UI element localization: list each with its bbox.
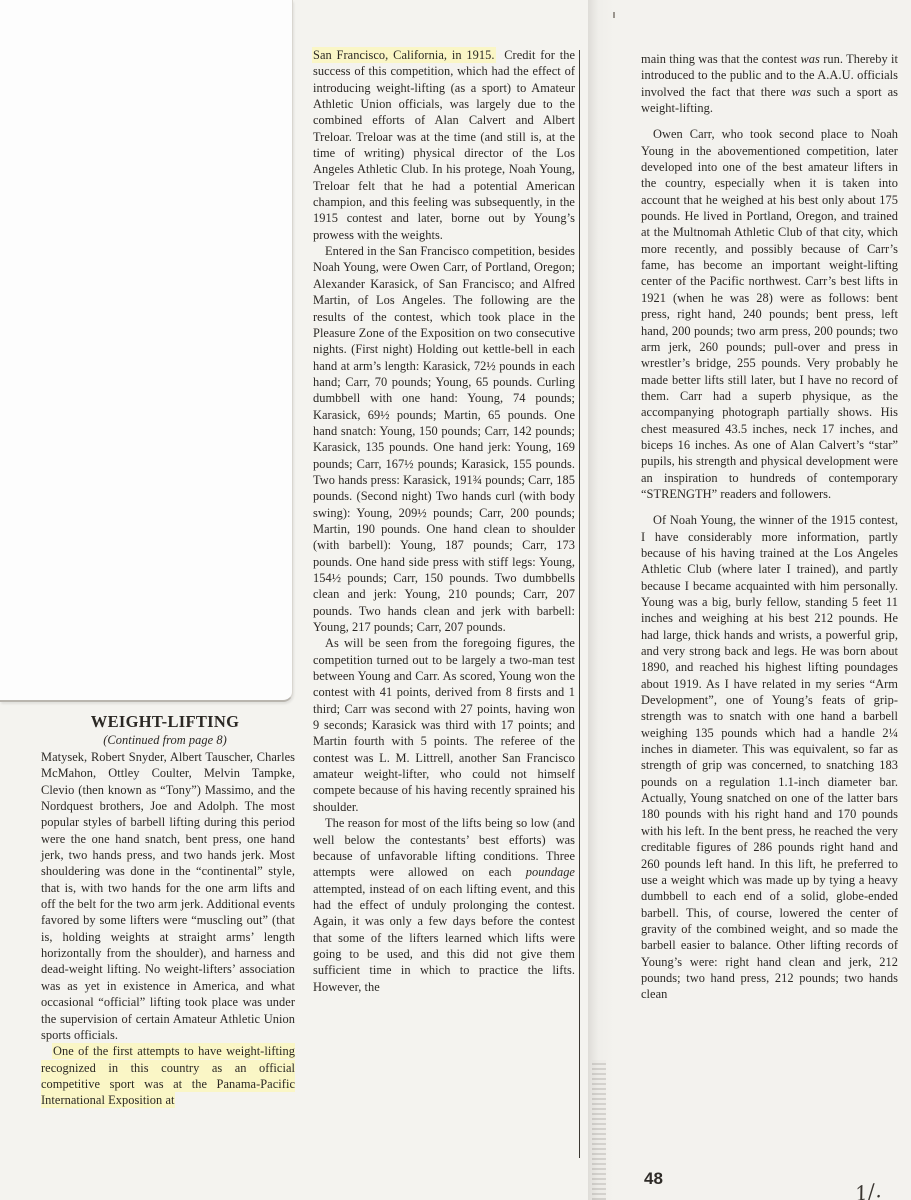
article-title: WEIGHT-LIFTING xyxy=(35,712,295,732)
paragraph: main thing was that the contest was run.… xyxy=(641,51,898,116)
middle-column: San Francisco, California, in 1915. Cred… xyxy=(313,47,575,995)
blank-paper-overlay xyxy=(0,0,293,702)
paragraph: San Francisco, California, in 1915. Cred… xyxy=(313,47,575,243)
highlighted-text: One of the first attempts to have weight… xyxy=(41,1044,295,1107)
right-column: main thing was that the contest was run.… xyxy=(641,51,898,1003)
paragraph-text: attempted, instead of on each lifting ev… xyxy=(313,882,575,994)
continued-note: (Continued from page 8) xyxy=(35,732,295,748)
paragraph: Matysek, Robert Snyder, Albert Tauscher,… xyxy=(41,749,295,1043)
page-gutter xyxy=(588,0,614,1200)
column-divider-rule xyxy=(579,50,580,1158)
paragraph: Of Noah Young, the winner of the 1915 co… xyxy=(641,512,898,1002)
paragraph: As will be seen from the foregoing figur… xyxy=(313,635,575,815)
handwritten-mark: 1/. xyxy=(853,1178,883,1200)
gutter-scan-noise xyxy=(592,1060,606,1200)
scan-mark xyxy=(613,12,615,18)
paragraph: Entered in the San Francisco competition… xyxy=(313,243,575,635)
italic-text: was xyxy=(800,52,819,66)
page-number: 48 xyxy=(644,1169,663,1189)
italic-text: was xyxy=(792,85,811,99)
italic-text: poundage xyxy=(526,865,575,879)
left-column: WEIGHT-LIFTING (Continued from page 8) M… xyxy=(41,712,295,1109)
paragraph-highlighted: One of the first attempts to have weight… xyxy=(41,1043,295,1108)
highlighted-text: San Francisco, California, in 1915. xyxy=(313,48,495,62)
paragraph: The reason for most of the lifts being s… xyxy=(313,815,575,995)
paragraph-text: main thing was that the contest xyxy=(641,52,800,66)
paragraph-text: Credit for the success of this competiti… xyxy=(313,48,575,242)
paragraph: Owen Carr, who took second place to Noah… xyxy=(641,126,898,502)
